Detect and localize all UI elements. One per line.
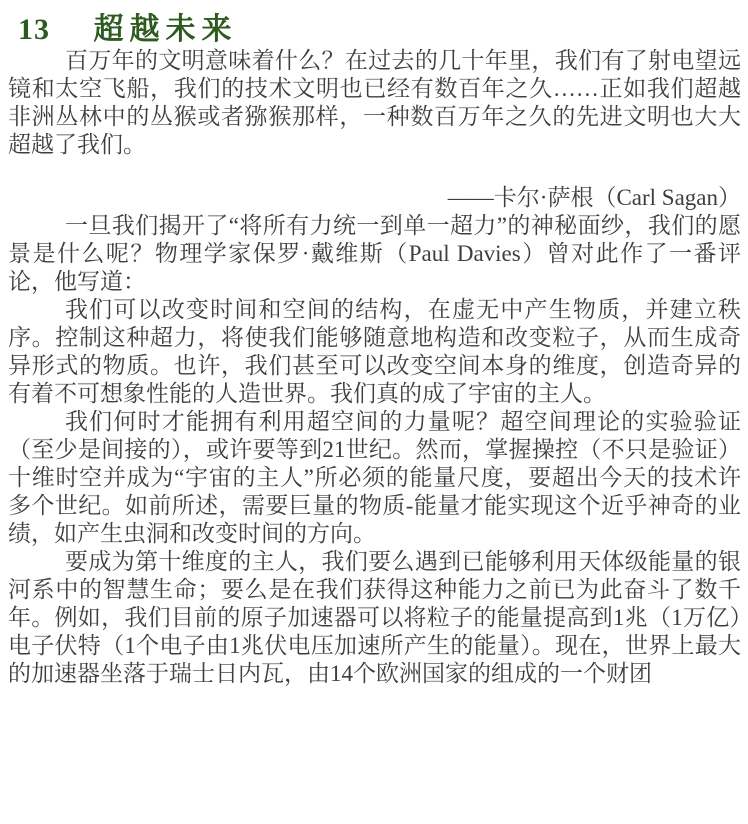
chapter-title: 超越未来	[94, 13, 238, 46]
paragraph-tenth-dimension: 要成为第十维度的主人，我们要么遇到已能够利用天体级能量的银河系中的智慧生命；要么…	[8, 548, 741, 688]
paragraph-davies-quote: 我们可以改变时间和空间的结构，在虚无中产生物质，并建立秩序。控制这种超力，将使我…	[8, 296, 741, 408]
chapter-heading: 13 超越未来	[18, 13, 741, 47]
epigraph-text: 百万年的文明意味着什么？在过去的几十年里，我们有了射电望远镜和太空飞船，我们的技…	[8, 47, 741, 159]
paragraph-hyperspace-power: 我们何时才能拥有利用超空间的力量呢？超空间理论的实验验证（至少是间接的），或许要…	[8, 408, 741, 548]
chapter-number: 13	[18, 13, 50, 46]
paragraph-intro: 一旦我们揭开了“将所有力统一到单一超力”的神秘面纱，我们的愿景是什么呢？物理学家…	[8, 212, 741, 296]
book-page: 13 超越未来 百万年的文明意味着什么？在过去的几十年里，我们有了射电望远镜和太…	[0, 0, 748, 824]
epigraph-attribution: ——卡尔·萨根（Carl Sagan）	[8, 184, 741, 212]
